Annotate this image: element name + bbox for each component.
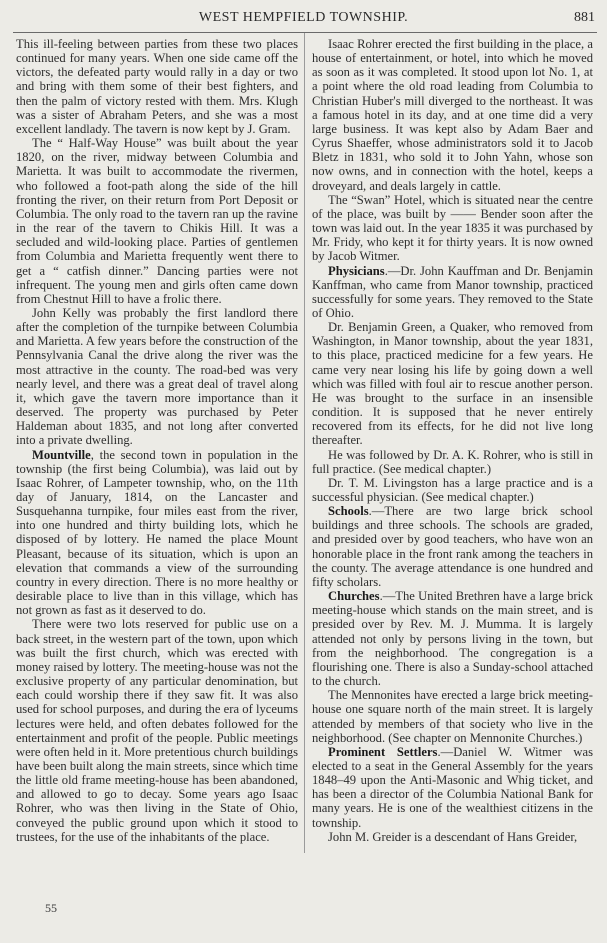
paragraph: Dr. T. M. Livingston has a large practic… <box>312 476 593 504</box>
page-number: 881 <box>574 10 595 26</box>
section-heading: Physicians <box>328 264 385 278</box>
section-heading: Mountville <box>32 448 91 462</box>
right-column: Isaac Rohrer erected the first building … <box>312 37 593 844</box>
section-heading: Prominent Settlers <box>328 745 437 759</box>
paragraph: The “Swan” Hotel, which is situated near… <box>312 193 593 264</box>
paragraph: The “ Half-Way House” was built about th… <box>16 136 298 306</box>
paragraph: John Kelly was probably the first landlo… <box>16 306 298 448</box>
section-schools: Schools.—There are two large brick schoo… <box>312 504 593 589</box>
section-prominent-settlers: Prominent Settlers.—Daniel W. Witmer was… <box>312 745 593 830</box>
left-column: This ill-feeling between parties from th… <box>16 37 298 844</box>
paragraph: He was followed by Dr. A. K. Rohrer, who… <box>312 448 593 476</box>
section-heading: Churches <box>328 589 380 603</box>
page-header: WEST HEMPFIELD TOWNSHIP. 881 <box>0 0 607 28</box>
running-head-title: WEST HEMPFIELD TOWNSHIP. <box>0 10 607 26</box>
header-rule <box>13 32 597 33</box>
paragraph: Isaac Rohrer erected the first building … <box>312 37 593 193</box>
signature-mark: 55 <box>45 901 57 916</box>
paragraph: This ill-feeling between parties from th… <box>16 37 298 136</box>
paragraph: The Mennonites have erected a large bric… <box>312 688 593 745</box>
paragraph: John M. Greider is a descendant of Hans … <box>312 830 593 844</box>
section-physicians: Physicians.—Dr. John Kauffman and Dr. Be… <box>312 264 593 321</box>
section-mountville: Mountville, the second town in populatio… <box>16 448 298 618</box>
paragraph: There were two lots reserved for public … <box>16 617 298 844</box>
section-heading: Schools <box>328 504 369 518</box>
column-divider <box>304 33 305 853</box>
section-churches: Churches.—The United Brethren have a lar… <box>312 589 593 688</box>
paragraph: Dr. Benjamin Green, a Quaker, who remove… <box>312 320 593 447</box>
